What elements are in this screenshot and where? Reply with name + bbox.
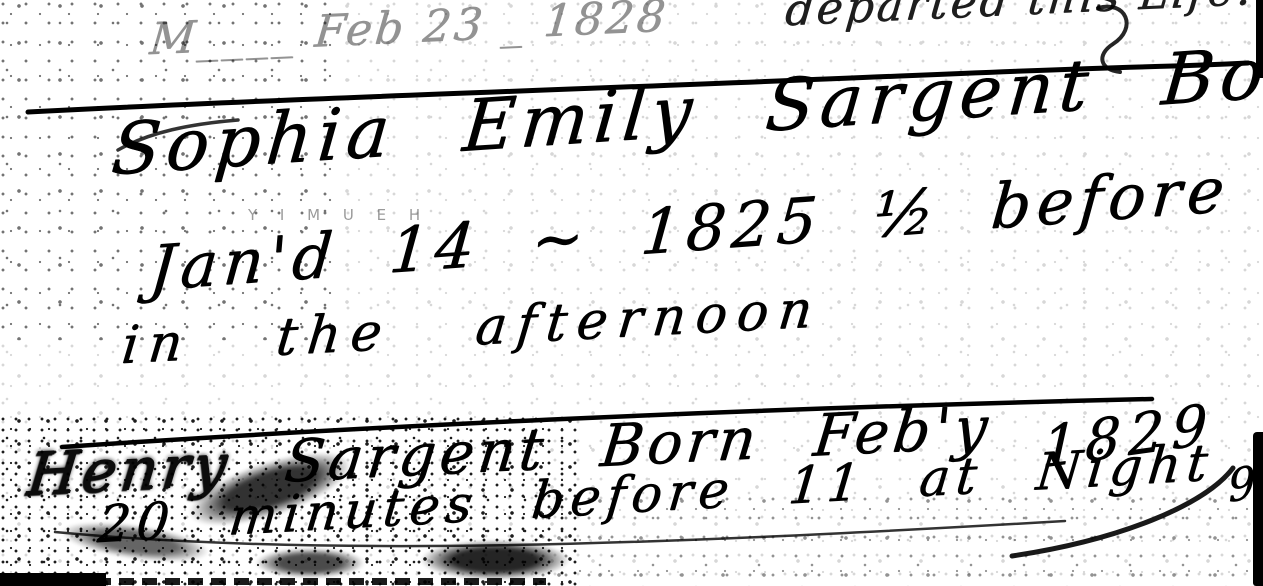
scan-edge-dashes-bottom bbox=[96, 578, 546, 585]
entry2-day-text: 9 bbox=[1227, 456, 1256, 514]
header-departed-text: departed this Life. bbox=[783, 0, 1256, 36]
header-faded-date-text: M____ Feb 23 _ 1828 bbox=[148, 0, 671, 65]
ink-smudge-bottom-1 bbox=[420, 540, 570, 580]
ink-smudge-bottom-2 bbox=[255, 548, 365, 578]
scan-edge-bar-bottom-left bbox=[0, 573, 106, 586]
scan-edge-artifact-right bbox=[1253, 432, 1263, 586]
scanned-register-page: M____ Feb 23 _ 1828 departed this Life. … bbox=[0, 0, 1263, 586]
